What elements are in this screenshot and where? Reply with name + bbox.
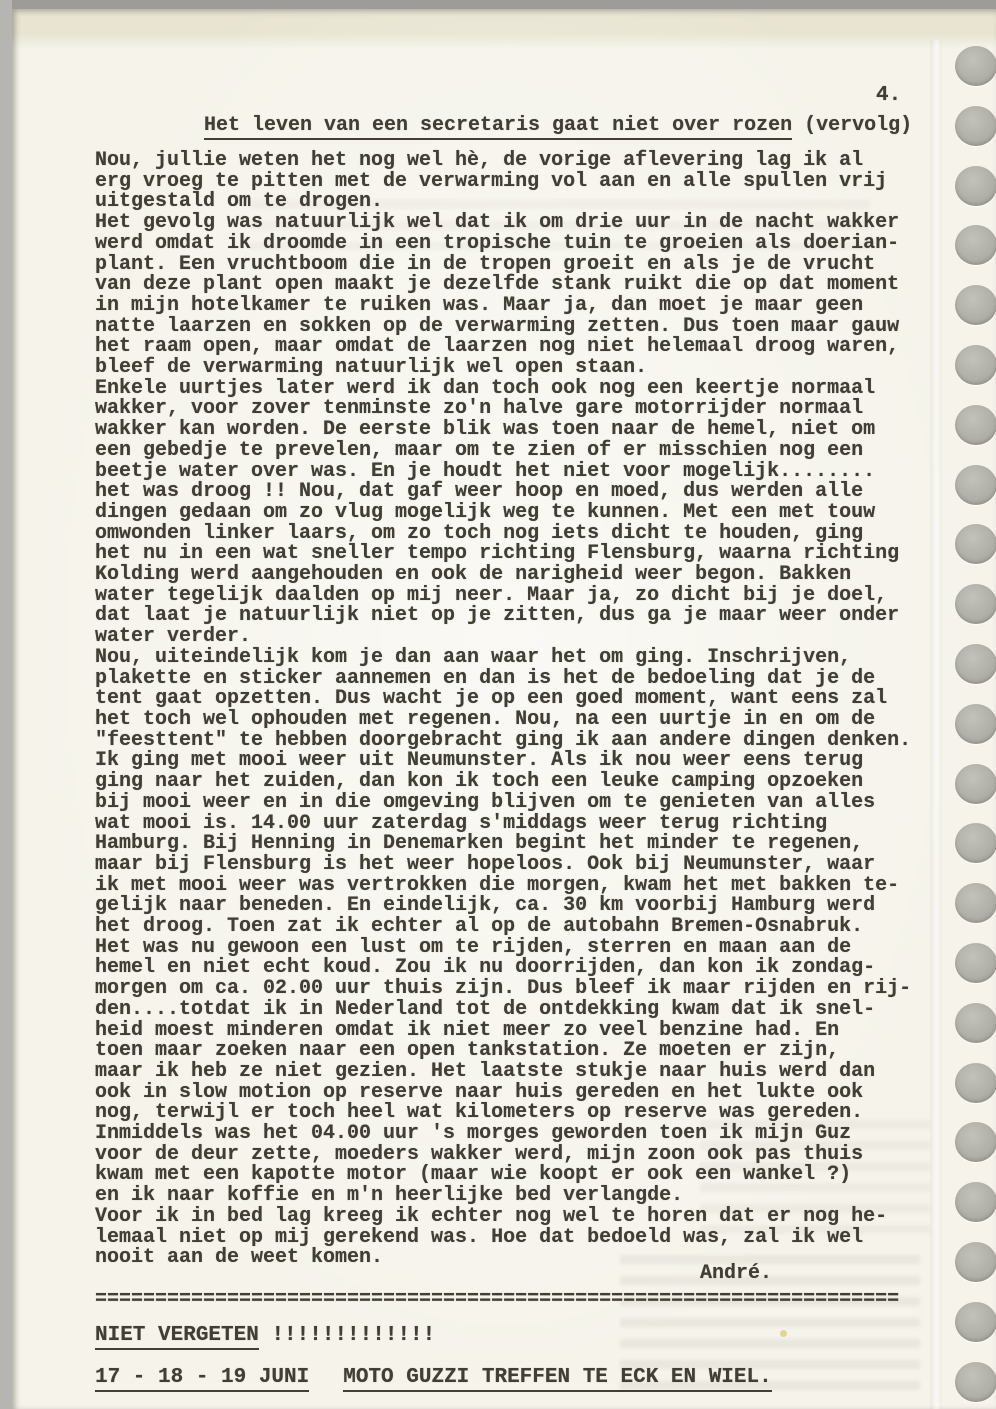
divider-line: ========================================…: [95, 1288, 899, 1311]
binder-hole: [955, 524, 996, 564]
reminder-exclamations: !!!!!!!!!!!!!: [271, 1324, 435, 1347]
binder-hole: [955, 46, 996, 86]
binder-hole: [955, 465, 996, 505]
binder-hole: [955, 225, 996, 265]
binder-hole: [955, 405, 996, 445]
scan-top-edge: [0, 0, 996, 9]
binder-hole: [955, 1063, 996, 1103]
binder-hole: [955, 345, 996, 385]
article-title-suffix: (vervolg): [804, 114, 912, 137]
binder-hole: [955, 1003, 996, 1043]
binder-hole: [955, 1362, 996, 1402]
binder-hole: [955, 1122, 996, 1162]
reminder-text: NIET VERGETEN: [95, 1324, 259, 1350]
binder-hole: [955, 823, 996, 863]
event-title: MOTO GUZZI TREFFEN TE ECK EN WIEL.: [343, 1366, 771, 1392]
reminder-heading: NIET VERGETEN !!!!!!!!!!!!!: [95, 1324, 435, 1347]
binder-hole: [955, 644, 996, 684]
event-announcement: 17 - 18 - 19 JUNIMOTO GUZZI TREFFEN TE E…: [95, 1366, 772, 1389]
binder-hole: [955, 584, 996, 624]
binder-hole: [955, 883, 996, 923]
binder-hole: [955, 106, 996, 146]
article-title: Het leven van een secretaris gaat niet o…: [204, 114, 912, 137]
paper-stain-dot: [780, 1330, 787, 1337]
article-title-underlined: Het leven van een secretaris gaat niet o…: [204, 114, 792, 140]
article-body: Nou, jullie weten het nog wel hè, de vor…: [95, 151, 911, 1269]
binder-hole: [955, 1242, 996, 1282]
scan-left-edge: [0, 0, 12, 1409]
binder-hole: [955, 285, 996, 325]
binder-hole: [955, 704, 996, 744]
binder-hole: [955, 1302, 996, 1342]
page-number: 4.: [876, 84, 901, 107]
binder-hole: [955, 1182, 996, 1222]
signature: André.: [700, 1262, 772, 1285]
event-date: 17 - 18 - 19 JUNI: [95, 1366, 309, 1392]
binder-hole: [955, 943, 996, 983]
binder-hole: [955, 764, 996, 804]
scanned-page: 4. Het leven van een secretaris gaat nie…: [0, 0, 996, 1409]
binder-hole: [955, 166, 996, 206]
paper-crease: [930, 40, 942, 1409]
